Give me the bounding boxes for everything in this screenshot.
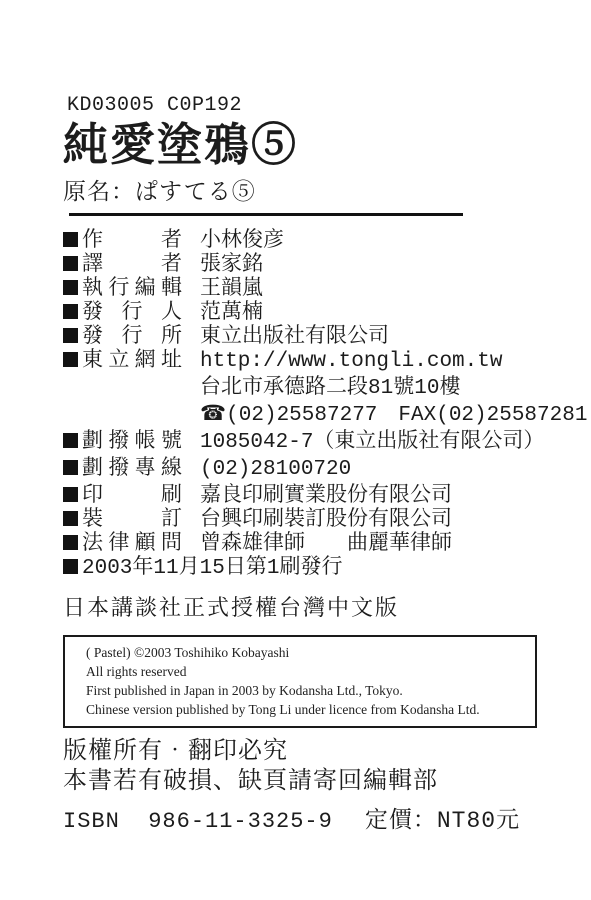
colophon-row: 印刷 嘉良印刷實業股份有限公司: [63, 482, 561, 506]
license-line: All rights reserved: [86, 662, 527, 681]
value-line: 嘉良印刷實業股份有限公司: [200, 482, 452, 506]
colophon-row: 發行人 范萬楠: [63, 299, 561, 323]
row-label: 譯者: [82, 251, 182, 275]
bullet-square-icon: [63, 487, 78, 502]
colophon-row: 執行編輯 王韻嵐: [63, 275, 561, 299]
colophon-row: 劃撥帳號 1085042-7（東立出版社有限公司）: [63, 428, 561, 455]
license-statement: 日本講談社正式授權台灣中文版: [63, 591, 561, 622]
isbn: ISBN 986-11-3325-9: [63, 809, 333, 834]
bullet-square-icon: [63, 460, 78, 475]
original-title: 原名：ぱすてる⑤: [63, 173, 561, 206]
value-line: 1085042-7（東立出版社有限公司）: [200, 428, 544, 455]
row-label: 發行人: [82, 299, 182, 323]
row-value: (02)28100720: [200, 455, 351, 482]
value-line: 東立出版社有限公司: [200, 323, 389, 347]
row-value: 曾森雄律師 曲麗華律師: [200, 530, 452, 554]
license-line: Chinese version published by Tong Li und…: [86, 700, 527, 719]
bullet-square-icon: [63, 511, 78, 526]
row-value: 小林俊彦: [200, 227, 284, 251]
row-label: 劃撥專線: [82, 455, 182, 479]
colophon-row: 發行所 東立出版社有限公司: [63, 323, 561, 347]
bullet-square-icon: [63, 256, 78, 271]
row-value: 嘉良印刷實業股份有限公司: [200, 482, 452, 506]
rights-notice: 版權所有‧翻印必究: [63, 737, 561, 765]
colophon-row: 裝訂 台興印刷裝訂股份有限公司: [63, 506, 561, 530]
book-colophon-page: KD03005 C0P192 純愛塗鴉⑤ 原名：ぱすてる⑤ 作者 小林俊彦 譯者…: [0, 0, 591, 900]
telephone-icon: ☎: [200, 401, 226, 425]
license-box: ( Pastel) ©2003 Toshihiko Kobayashi All …: [63, 635, 537, 728]
colophon-row: 作者 小林俊彦: [63, 227, 561, 251]
bullet-square-icon: [63, 304, 78, 319]
row-value: 台興印刷裝訂股份有限公司: [200, 506, 452, 530]
row-label: 2003年11月15日第1刷發行: [82, 554, 342, 581]
price: 定價：NT80元: [365, 801, 520, 834]
row-value: 張家銘: [200, 251, 263, 275]
bullet-square-icon: [63, 352, 78, 367]
bullet-square-icon: [63, 280, 78, 295]
row-label: 法律顧問: [82, 530, 182, 554]
row-label: 作者: [82, 227, 182, 251]
row-label: 東立網址: [82, 347, 182, 371]
row-value: 1085042-7（東立出版社有限公司）: [200, 428, 544, 455]
row-label: 裝訂: [82, 506, 182, 530]
value-line: (02)28100720: [200, 455, 351, 482]
value-line: 台北市承德路二段81號10樓: [200, 374, 587, 401]
colophon-row: 2003年11月15日第1刷發行: [63, 554, 561, 581]
bullet-square-icon: [63, 433, 78, 448]
bullet-square-icon: [63, 535, 78, 550]
value-line: 曾森雄律師 曲麗華律師: [200, 530, 452, 554]
value-line: 台興印刷裝訂股份有限公司: [200, 506, 452, 530]
row-value: 東立出版社有限公司: [200, 323, 389, 347]
colophon-list: 作者 小林俊彦 譯者 張家銘 執行編輯 王韻嵐 發行人 范萬楠 發行所 東立出版…: [63, 227, 561, 581]
bullet-square-icon: [63, 559, 78, 574]
product-code: KD03005 C0P192: [67, 94, 561, 117]
colophon-row: 法律顧問 曾森雄律師 曲麗華律師: [63, 530, 561, 554]
value-line: 小林俊彦: [200, 227, 284, 251]
bullet-square-icon: [63, 328, 78, 343]
value-line: 范萬楠: [200, 299, 263, 323]
row-label: 發行所: [82, 323, 182, 347]
colophon-row: 譯者 張家銘: [63, 251, 561, 275]
book-title: 純愛塗鴉⑤: [63, 119, 561, 172]
isbn-price-row: ISBN 986-11-3325-9 定價：NT80元: [63, 801, 561, 834]
row-value: http://www.tongli.com.tw台北市承德路二段81號10樓☎(…: [200, 347, 587, 428]
value-line: http://www.tongli.com.tw: [200, 347, 587, 374]
colophon-row: 東立網址 http://www.tongli.com.tw台北市承德路二段81號…: [63, 347, 561, 428]
bullet-square-icon: [63, 232, 78, 247]
row-value: 王韻嵐: [200, 275, 263, 299]
return-notice: 本書若有破損、缺頁請寄回編輯部: [63, 767, 561, 795]
colophon-row: 劃撥專線 (02)28100720: [63, 455, 561, 482]
row-value: 范萬楠: [200, 299, 263, 323]
value-line: 王韻嵐: [200, 275, 263, 299]
license-line: ( Pastel) ©2003 Toshihiko Kobayashi: [86, 643, 527, 662]
row-label: 劃撥帳號: [82, 428, 182, 452]
license-line: First published in Japan in 2003 by Koda…: [86, 681, 527, 700]
row-label: 執行編輯: [82, 275, 182, 299]
row-label: 印刷: [82, 482, 182, 506]
value-line: 張家銘: [200, 251, 263, 275]
divider-rule: [69, 213, 463, 216]
value-line: ☎(02)25587277 FAX(02)25587281: [200, 401, 587, 428]
